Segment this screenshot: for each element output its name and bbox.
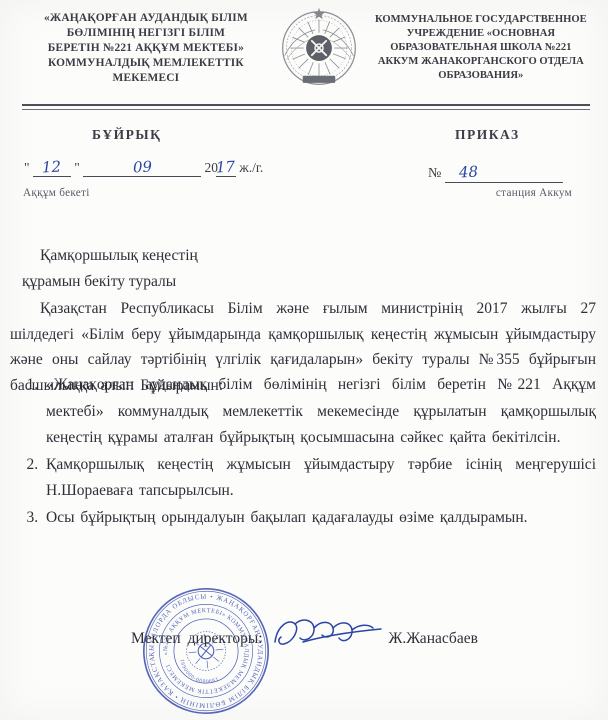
quote-open: " [24,160,30,175]
order-word-kazakh: БҰЙРЫҚ [92,127,161,143]
handwritten-order-number: 48 [458,163,478,182]
signature-row: Мектеп директоры: Ж.Жанасбаев [131,626,478,652]
quote-close: " [74,160,80,175]
kazakhstan-emblem-icon [274,5,364,93]
handwritten-month: 09 [132,158,152,177]
number-sign: № [428,166,441,181]
place-kazakh: Аққұм бекеті [23,187,90,199]
director-name: Ж.Жанасбаев [389,630,478,648]
date-line: " 12 " 09 2017 ж./г. [24,158,263,177]
signature-label: Мектеп директоры: [131,630,263,648]
place-russian: станция Аккум [496,187,572,199]
org-name-russian: КОММУНАЛЬНОЕ ГОСУДАРСТВЕННОЕ УЧРЕЖДЕНИЕ … [364,5,598,83]
order-item-2: Қамқоршылық кеңестің жұмысын ұйымдастыру… [44,452,596,505]
handwritten-year: 17 [216,158,236,177]
order-item-3: Осы бұйрықтың орындалуын бақылап қадағал… [44,505,596,532]
date-suffix: ж./г. [239,160,263,175]
order-items: «Жаңақорған аудандық білім бөлімінің нег… [10,372,596,531]
order-subject: Қамқоршылық кеңестің құрамын бекіту тура… [22,243,302,295]
handwritten-day: 12 [42,158,62,177]
letterhead: «ЖАҢАҚОРҒАН АУДАНДЫҚ БІЛІМ БӨЛІМІНІҢ НЕГ… [18,5,598,93]
divider-line [22,104,590,110]
order-word-russian: ПРИКАЗ [455,127,520,143]
director-signature-scribble [269,612,387,658]
order-item-1: «Жаңақорған аудандық білім бөлімінің нег… [44,372,596,452]
org-name-kazakh: «ЖАҢАҚОРҒАН АУДАНДЫҚ БІЛІМ БӨЛІМІНІҢ НЕГ… [18,5,274,86]
order-number-line: № 48 [428,163,563,183]
scanned-order-document: «ЖАҢАҚОРҒАН АУДАНДЫҚ БІЛІМ БӨЛІМІНІҢ НЕГ… [0,0,608,720]
